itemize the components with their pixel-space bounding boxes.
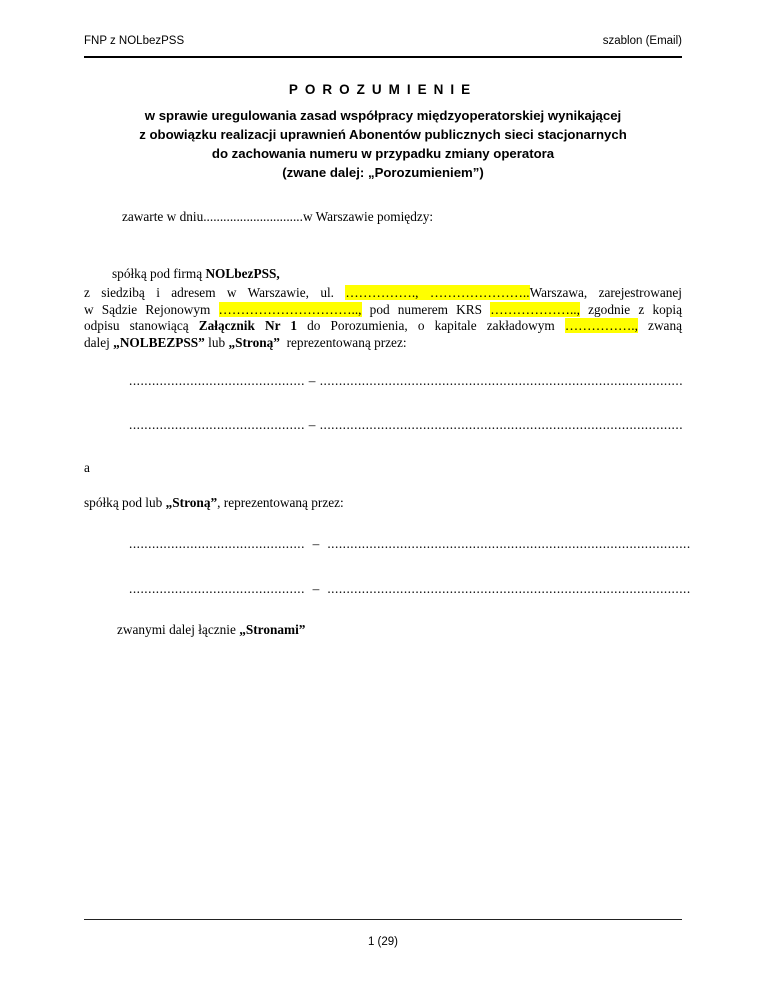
page-header: FNP z NOLbezPSS szablon (Email): [84, 35, 682, 47]
signature-line: ........................................…: [84, 373, 682, 389]
footer-rule: [84, 919, 682, 920]
text-run: z siedzibą i adresem w Warszawie, ul.: [84, 285, 345, 300]
party1-line-1: z siedzibą i adresem w Warszawie, ul. ………: [84, 285, 682, 302]
blank-highlight: …………………………..,: [219, 302, 362, 317]
blank-highlight: …………….,: [565, 318, 638, 333]
header-rule: [84, 56, 682, 58]
document-subtitle: w sprawie uregulowania zasad współpracy …: [84, 106, 682, 182]
party1-details: z siedzibą i adresem w Warszawie, ul. ………: [84, 285, 682, 351]
text-run: reprezentowaną przez:: [280, 335, 407, 350]
signature-line: ........................................…: [84, 536, 682, 552]
party1-line-2: w Sądzie Rejonowym ………………………….., pod num…: [84, 302, 682, 319]
party2-suffix: , reprezentowaną przez:: [217, 495, 344, 510]
firm-prefix: spółką pod firmą: [112, 266, 205, 281]
signature-line: ........................................…: [84, 417, 682, 433]
party2-line: spółką pod lub „Stroną”, reprezentowaną …: [84, 495, 682, 511]
party1-firm-line: spółką pod firmą NOLbezPSS,: [84, 266, 682, 282]
attachment-ref: Załącznik Nr 1: [199, 318, 297, 333]
intro-line: zawarte w dniu..........................…: [84, 209, 682, 225]
subtitle-line-3: do zachowania numeru w przypadku zmiany …: [84, 144, 682, 163]
page-number: 1 (29): [84, 936, 682, 948]
party1-line-3: odpisu stanowiącą Załącznik Nr 1 do Poro…: [84, 318, 682, 335]
party1-line-4: dalej „NOLBEZPSS” lub „Stroną” reprezent…: [84, 335, 682, 352]
party1-side-term: „Stroną”: [228, 335, 279, 350]
text-run: Warszawa, zarejestrowanej: [530, 285, 682, 300]
firm-name: NOLbezPSS,: [205, 266, 279, 281]
party2-side-term: „Stroną”: [166, 495, 217, 510]
subtitle-line-4: (zwane dalej: „Porozumieniem”): [84, 163, 682, 182]
blank-highlight: ………………..,: [490, 302, 580, 317]
text-run: lub: [205, 335, 229, 350]
party1-name-term: „NOLBEZPSS”: [113, 335, 205, 350]
text-run: zwaną: [638, 318, 682, 333]
blank-highlight: ……………., …………………..: [345, 285, 529, 300]
text-run: dalej: [84, 335, 113, 350]
closing-line: zwanymi dalej łącznie „Stronami”: [84, 622, 682, 638]
conjunction-line: a: [84, 460, 682, 476]
parties-term: „Stronami”: [239, 622, 305, 637]
text-run: pod numerem KRS: [362, 302, 491, 317]
header-left-text: FNP z NOLbezPSS: [84, 35, 184, 47]
document-title: POROZUMIENIE: [84, 82, 682, 97]
signature-line: ........................................…: [84, 581, 682, 597]
subtitle-line-1: w sprawie uregulowania zasad współpracy …: [84, 106, 682, 125]
text-run: zgodnie z kopią: [580, 302, 682, 317]
closing-prefix: zwanymi dalej łącznie: [117, 622, 239, 637]
header-right-text: szablon (Email): [603, 35, 682, 47]
text-run: do Porozumienia, o kapitale zakładowym: [297, 318, 565, 333]
party2-prefix: spółką pod lub: [84, 495, 166, 510]
text-run: odpisu stanowiącą: [84, 318, 199, 333]
text-run: w Sądzie Rejonowym: [84, 302, 219, 317]
document-page: FNP z NOLbezPSS szablon (Email) POROZUMI…: [0, 0, 768, 994]
subtitle-line-2: z obowiązku realizacji uprawnień Abonent…: [84, 125, 682, 144]
